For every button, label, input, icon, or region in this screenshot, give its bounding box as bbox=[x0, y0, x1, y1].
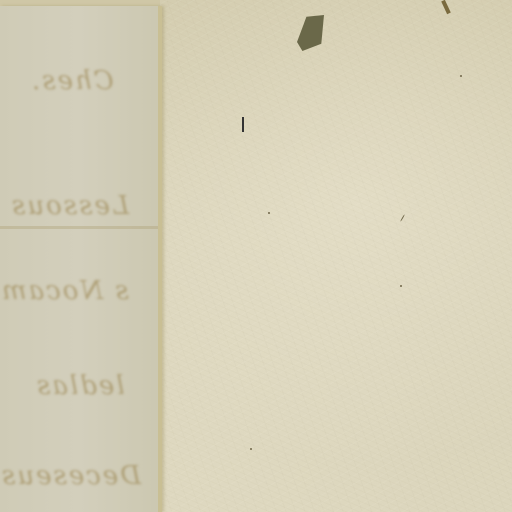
speck bbox=[250, 448, 252, 450]
photo-scene: Ches. Lessous s Nocam ledlas Deceseus bbox=[0, 0, 512, 512]
bleed-through-script-line: Deceseus bbox=[0, 461, 141, 491]
speck bbox=[400, 285, 402, 287]
bleed-through-script-line: ledlas bbox=[35, 371, 125, 401]
translucent-overlay-sheet: Ches. Lessous s Nocam ledlas Deceseus bbox=[0, 6, 162, 512]
bleed-through-script-line: s Nocam bbox=[0, 276, 129, 306]
speck bbox=[460, 75, 462, 77]
bleed-through-script-line: Ches. bbox=[30, 66, 114, 96]
dark-fiber bbox=[242, 117, 244, 132]
speck bbox=[268, 212, 270, 214]
bleed-through-script-line: Lessous bbox=[10, 191, 129, 221]
